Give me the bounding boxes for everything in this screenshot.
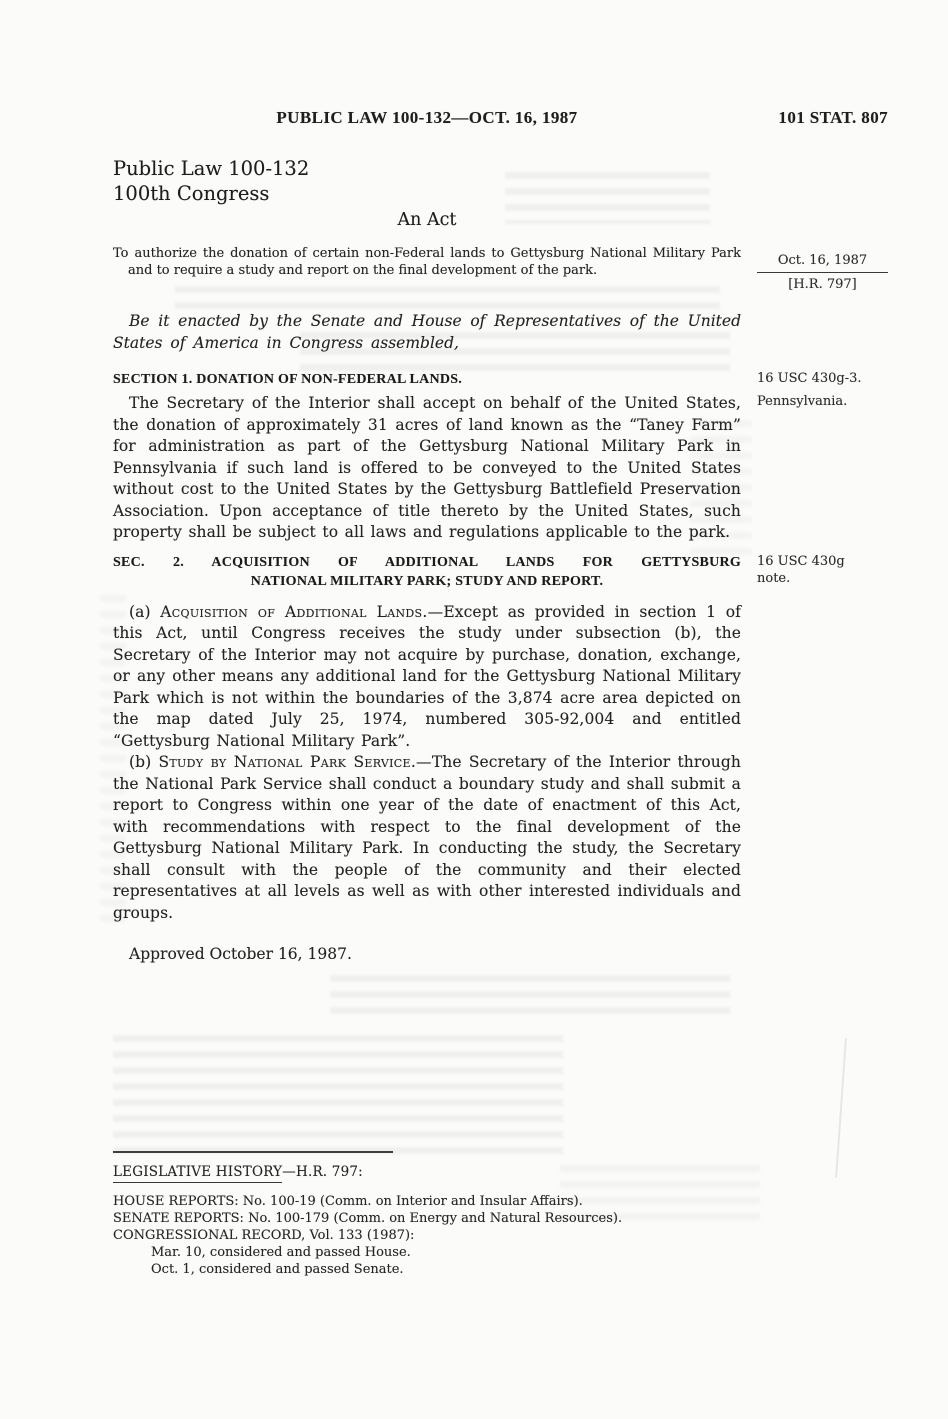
section2-heading-line1: SEC. 2. ACQUISITION OF ADDITIONAL LANDS … [113,553,741,572]
paragraph-b-label: (b) [129,753,158,771]
enacting-clause: Be it enacted by the Senate and House of… [113,311,741,354]
running-head-title: PUBLIC LAW 100-132—OCT. 16, 1987 [113,108,741,128]
legislative-history-heading-underlined: LEGISLATIVE HISTORY [113,1164,282,1183]
bleedthrough-artifact [113,1035,563,1163]
running-head: PUBLIC LAW 100-132—OCT. 16, 1987 101 STA… [113,108,888,128]
law-heading: Public Law 100-132 100th Congress [113,156,888,206]
approval-line: Approved October 16, 1987. [113,945,741,963]
scan-crease-line [835,1038,847,1178]
paragraph-a-sidehead: Acquisition of Additional Lands.— [160,603,443,621]
record-house-line: Mar. 10, considered and passed House. [113,1244,813,1261]
margin-note-usc-section2-line1: 16 USC 430g [757,553,888,570]
bleedthrough-artifact [330,975,730,1015]
legislative-history-heading-bill: —H.R. 797: [282,1164,363,1180]
section1-heading: SECTION 1. DONATION OF NON-FEDERAL LANDS… [113,370,741,389]
senate-reports-line: SENATE REPORTS: No. 100-179 (Comm. on En… [113,1210,813,1227]
legislative-history-rule [113,1151,393,1153]
legislative-history-heading: LEGISLATIVE HISTORY—H.R. 797: [113,1164,813,1181]
paragraph-b-sidehead: Study by National Park Service.— [158,753,431,771]
section2-heading: SEC. 2. ACQUISITION OF ADDITIONAL LANDS … [113,553,741,591]
margin-note-usc-section2-line2: note. [757,570,888,587]
scanned-statute-page: PUBLIC LAW 100-132—OCT. 16, 1987 101 STA… [0,0,948,1419]
preamble: To authorize the donation of certain non… [113,245,741,279]
congress-number: 100th Congress [113,181,888,206]
legislative-history-lines: HOUSE REPORTS: No. 100-19 (Comm. on Inte… [113,1193,813,1278]
margin-note-date-block: Oct. 16, 1987 [H.R. 797] [757,245,888,293]
paragraph-a-label: (a) [129,603,160,621]
section1-body: The Secretary of the Interior shall acce… [113,393,741,544]
record-senate-line: Oct. 1, considered and passed Senate. [113,1261,813,1278]
congressional-record-line: CONGRESSIONAL RECORD, Vol. 133 (1987): [113,1227,813,1244]
house-reports-line: HOUSE REPORTS: No. 100-19 (Comm. on Inte… [113,1193,813,1210]
stat-page-number: 101 STAT. 807 [741,108,888,128]
section2-paragraph-a: (a) Acquisition of Additional Lands.—Exc… [113,602,741,753]
section2-paragraph-b: (b) Study by National Park Service.—The … [113,752,741,924]
margin-note-state: Pennsylvania. [757,393,888,410]
paragraph-a-text: Except as provided in section 1 of this … [113,603,741,750]
paragraph-b-text: The Secretary of the Interior through th… [113,753,741,922]
public-law-number: Public Law 100-132 [113,156,888,181]
margin-note-bill-number: [H.R. 797] [757,276,888,293]
margin-note-usc-section2: 16 USC 430g note. [757,553,888,587]
section2-heading-line2: NATIONAL MILITARY PARK; STUDY AND REPORT… [113,572,741,591]
margin-note-date: Oct. 16, 1987 [757,252,888,273]
margin-note-usc-section1: 16 USC 430g-3. [757,370,888,387]
legislative-history-block: LEGISLATIVE HISTORY—H.R. 797: HOUSE REPO… [113,1151,813,1278]
act-title: An Act [113,210,741,230]
